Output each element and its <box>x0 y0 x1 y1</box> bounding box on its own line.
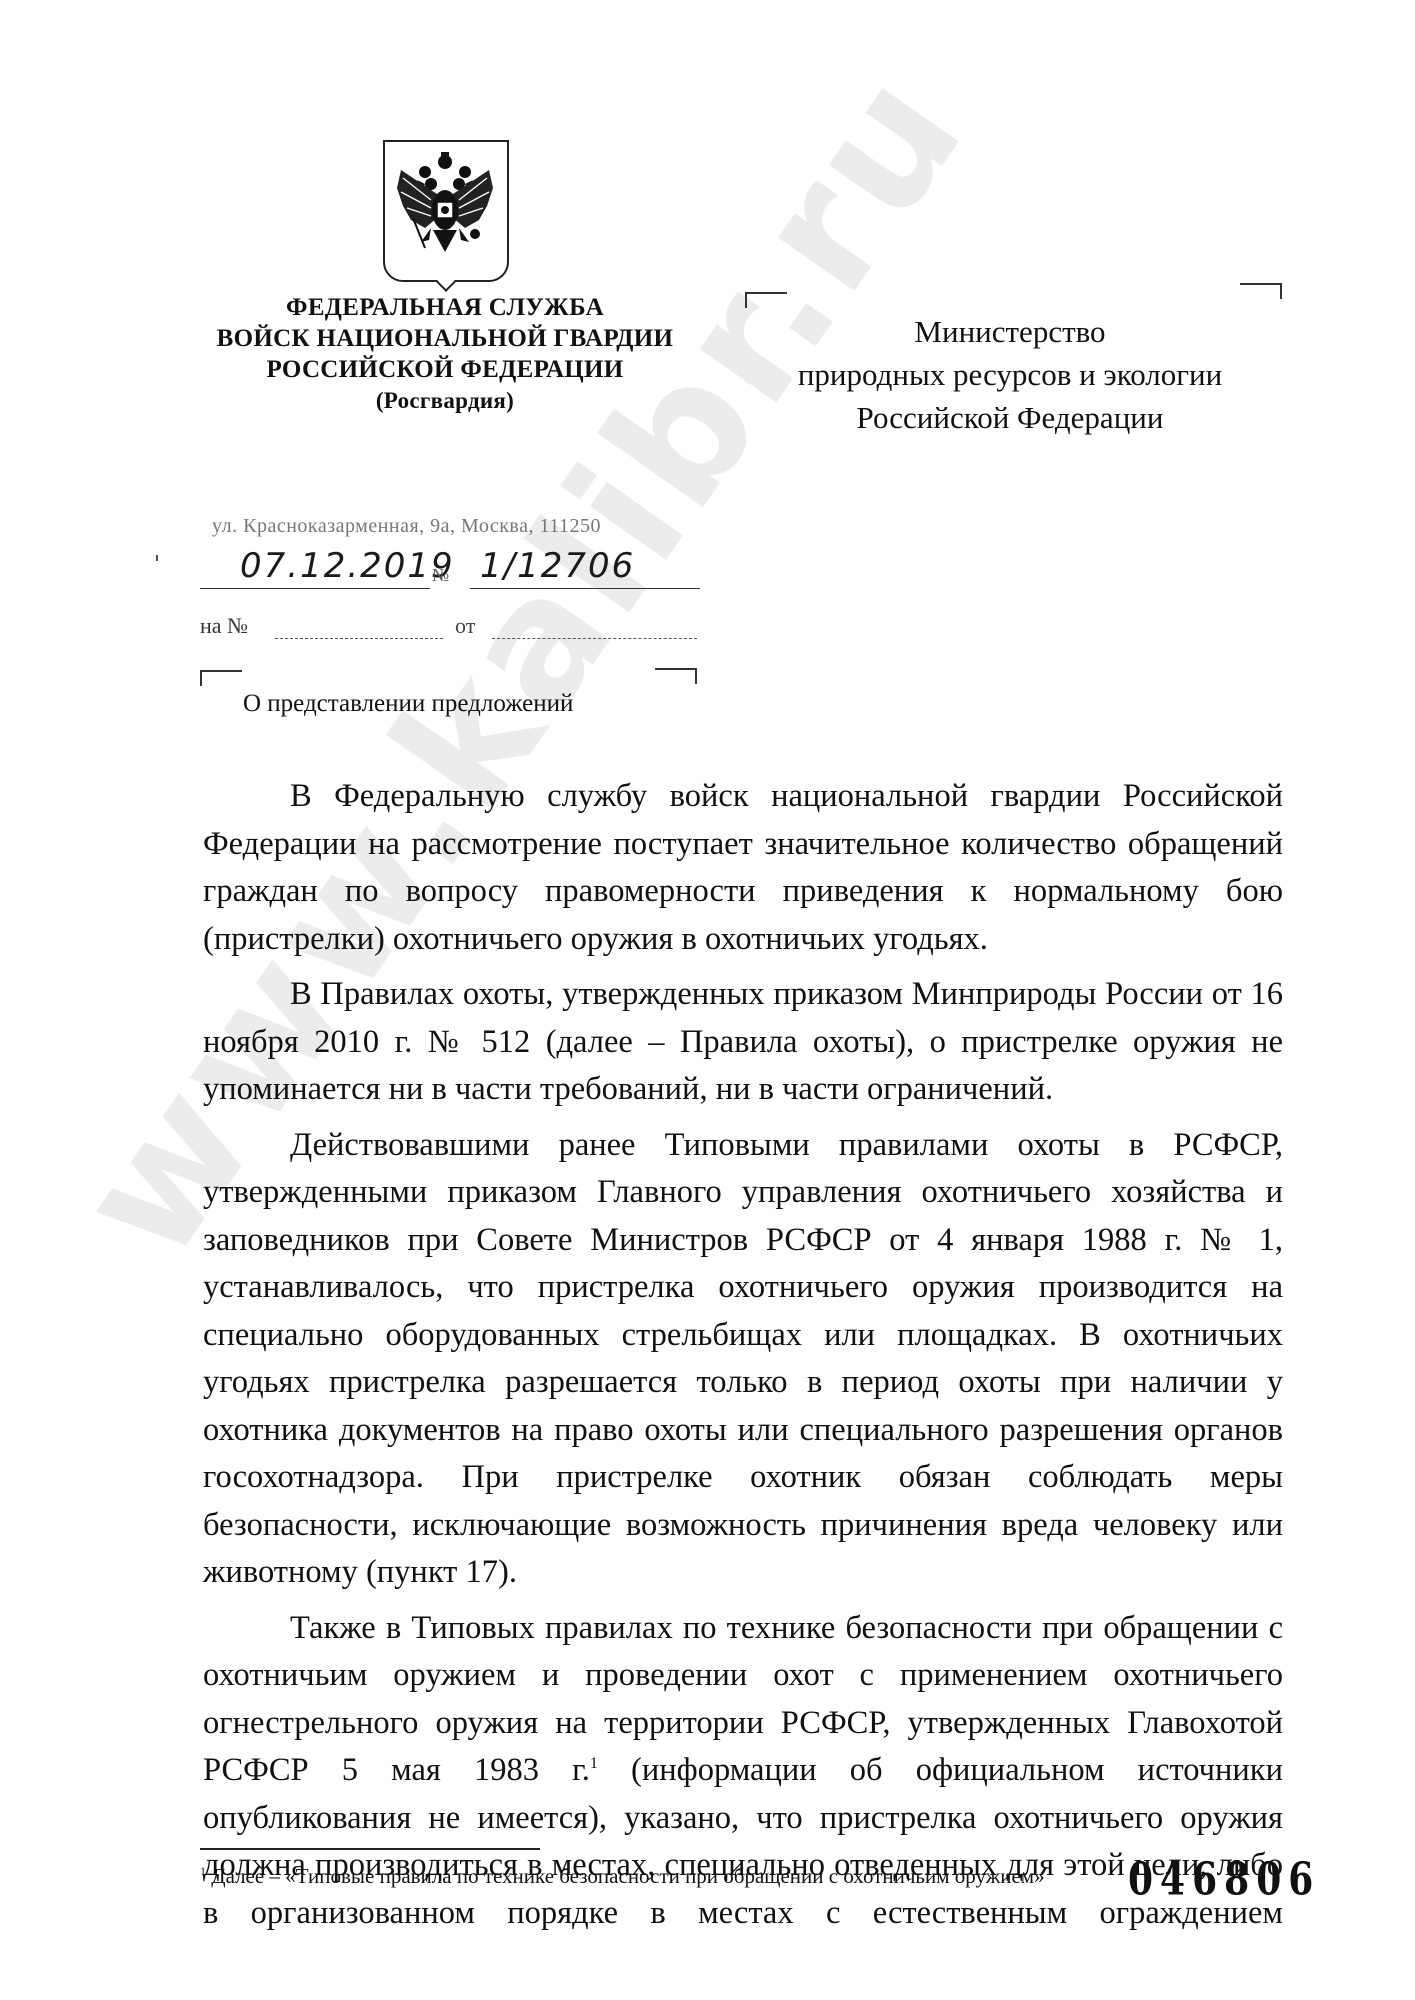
reply-to-field <box>275 638 443 639</box>
serial-number: 046806 <box>1128 1853 1320 1906</box>
from-label: от <box>455 613 475 639</box>
registration-number-field: 1/12706 <box>470 540 700 589</box>
footnote-divider <box>200 1848 540 1850</box>
registration-date: 07.12.2019 <box>240 546 455 586</box>
sender-block: ФЕДЕРАЛЬНАЯ СЛУЖБА ВОЙСК НАЦИОНАЛЬНОЙ ГВ… <box>190 292 700 416</box>
sender-line: РОССИЙСКОЙ ФЕДЕРАЦИИ <box>190 354 700 385</box>
corner-mark <box>655 668 697 684</box>
corner-mark <box>745 292 787 308</box>
recipient-line: природных ресурсов и экологии <box>740 353 1280 396</box>
reply-to-label: на № <box>200 613 248 639</box>
scan-mark <box>156 555 158 561</box>
document-page: www.kalibr.ru <box>0 0 1415 2000</box>
footnote: 1 Далее – «Типовые правила по технике бе… <box>200 1864 1045 1889</box>
footnote-text: Далее – «Типовые правила по технике безо… <box>206 1864 1045 1888</box>
corner-mark <box>200 670 242 686</box>
registration-number: 1/12706 <box>480 546 635 586</box>
number-label: № <box>432 565 449 586</box>
recipient-line: Министерство <box>740 310 1280 353</box>
body-paragraph: Действовавшими ранее Типовыми правилами … <box>203 1122 1283 1597</box>
corner-mark <box>1240 283 1282 299</box>
body-paragraph: В Правилах охоты, утвержденных приказом … <box>203 971 1283 1114</box>
footnote-ref[interactable]: 1 <box>590 1755 598 1772</box>
sender-line: ВОЙСК НАЦИОНАЛЬНОЙ ГВАРДИИ <box>190 323 700 354</box>
recipient-line: Российской Федерации <box>740 396 1280 439</box>
recipient-block: Министерство природных ресурсов и эколог… <box>740 310 1280 439</box>
from-field <box>492 638 697 639</box>
letter-subject: О представлении предложений <box>243 690 573 718</box>
sender-short-name: (Росгвардия) <box>190 385 700 416</box>
coat-of-arms-icon <box>383 140 509 282</box>
sender-line: ФЕДЕРАЛЬНАЯ СЛУЖБА <box>190 292 700 323</box>
body-paragraph: В Федеральную службу войск национальной … <box>203 773 1283 963</box>
double-headed-eagle-icon <box>391 148 499 272</box>
letter-body: В Федеральную службу войск национальной … <box>203 773 1283 1945</box>
sender-address: ул. Красноказарменная, 9а, Москва, 11125… <box>212 515 601 538</box>
registration-date-field: 07.12.2019 <box>200 540 430 589</box>
